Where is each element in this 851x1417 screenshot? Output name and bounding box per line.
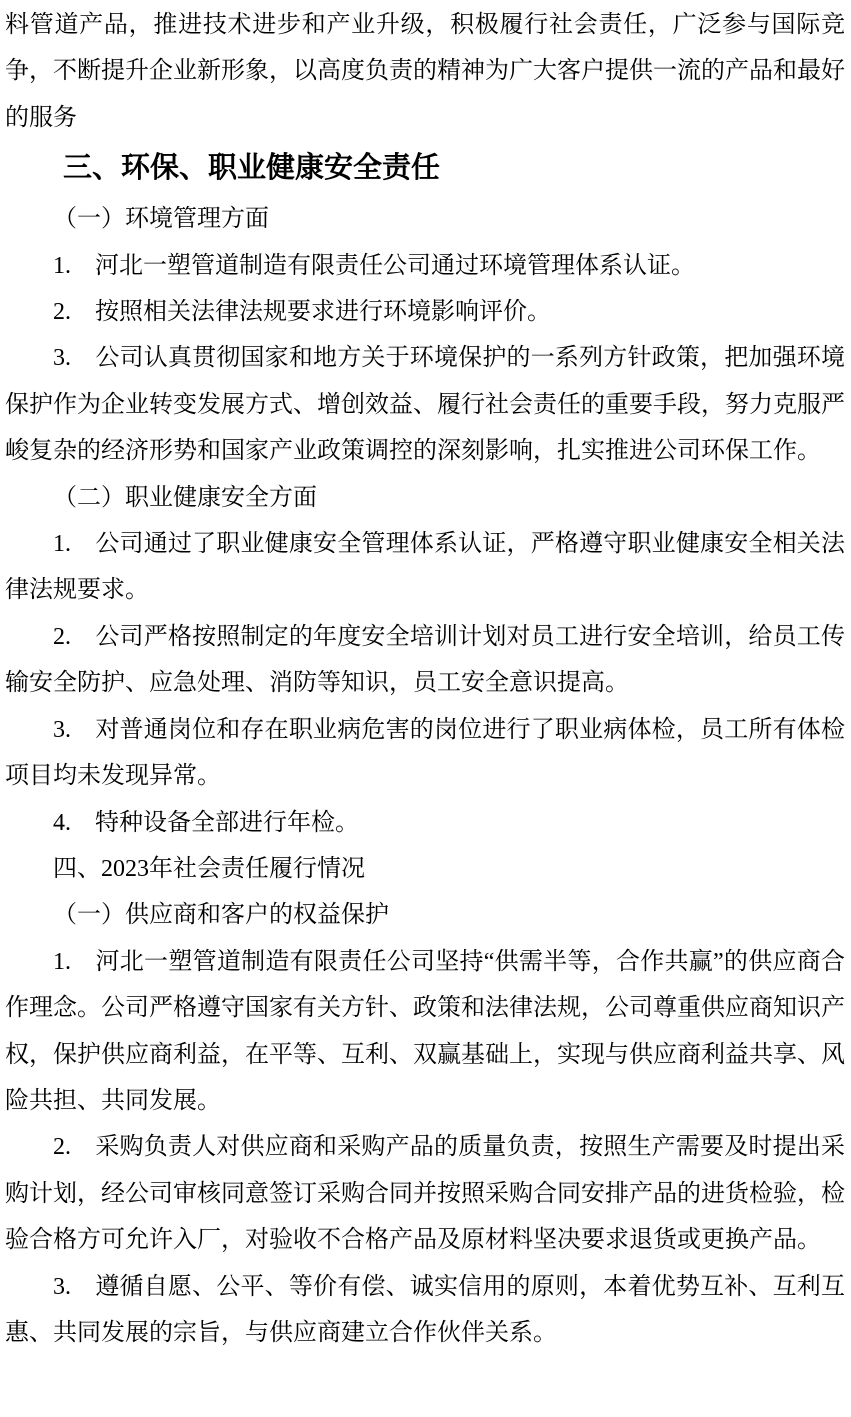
section-heading: 三、环保、职业健康安全责任 xyxy=(5,141,845,196)
paragraph: 2. 公司严格按照制定的年度安全培训计划对员工进行安全培训，给员工传输安全防护、… xyxy=(5,614,845,707)
subsection-heading: （二）职业健康安全方面 xyxy=(5,475,845,521)
subsection-heading: 四、2023年社会责任履行情况 xyxy=(5,846,845,892)
paragraph: 2. 采购负责人对供应商和采购产品的质量负责，按照生产需要及时提出采购计划，经公… xyxy=(5,1124,845,1263)
document-page: 料管道产品，推进技术进步和产业升级，积极履行社会责任，广泛参与国际竞争，不断提升… xyxy=(0,0,851,1417)
paragraph: 1. 公司通过了职业健康安全管理体系认证，严格遵守职业健康安全相关法律法规要求。 xyxy=(5,521,845,614)
paragraph: 1. 河北一塑管道制造有限责任公司通过环境管理体系认证。 xyxy=(5,243,845,289)
paragraph: 料管道产品，推进技术进步和产业升级，积极履行社会责任，广泛参与国际竞争，不断提升… xyxy=(5,2,845,141)
paragraph: 1. 河北一塑管道制造有限责任公司坚持“供需半等，合作共赢”的供应商合作理念。公… xyxy=(5,939,845,1125)
paragraph: 3. 公司认真贯彻国家和地方关于环境保护的一系列方针政策，把加强环境保护作为企业… xyxy=(5,335,845,474)
paragraph: 2. 按照相关法律法规要求进行环境影响评价。 xyxy=(5,289,845,335)
subsection-heading: （一）环境管理方面 xyxy=(5,196,845,242)
paragraph: 3. 遵循自愿、公平、等价有偿、诚实信用的原则，本着优势互补、互利互惠、共同发展… xyxy=(5,1264,845,1357)
paragraph: 4. 特种设备全部进行年检。 xyxy=(5,800,845,846)
paragraph: 3. 对普通岗位和存在职业病危害的岗位进行了职业病体检，员工所有体检项目均未发现… xyxy=(5,707,845,800)
subsection-heading: （一）供应商和客户的权益保护 xyxy=(5,892,845,938)
